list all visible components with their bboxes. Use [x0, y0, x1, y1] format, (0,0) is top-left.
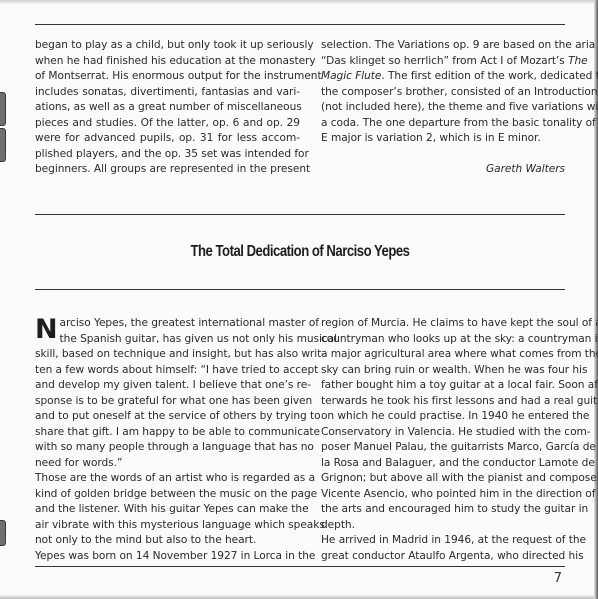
heading-bottom-rule [35, 289, 565, 290]
page-number: 7 [554, 571, 562, 586]
text-line: He arrived in Madrid in 1946, at the req… [321, 533, 565, 549]
text-line: plished players, and the op. 35 set was … [35, 147, 300, 163]
text-line: terwards he took his first lessons and h… [321, 394, 565, 410]
text-line: (not included here), the theme and five … [321, 100, 565, 116]
page-top-edge [0, 0, 598, 4]
text-line: depth. [321, 518, 565, 534]
text-line: and the listener. With his guitar Yepes … [35, 502, 300, 518]
text-line: region of Murcia. He claims to have kept… [321, 316, 565, 332]
text-line: Vicente Asencio, who pointed him in the … [321, 487, 565, 503]
text-line: sponse is to be grateful for what one ha… [35, 394, 300, 410]
text-line: began to play as a child, but only took … [35, 38, 300, 54]
text-line: the Spanish guitar, has given us not onl… [35, 332, 300, 348]
bottom-right-column: region of Murcia. He claims to have kept… [321, 316, 565, 564]
text-line: Those are the words of an artist who is … [35, 471, 300, 487]
text-line: sky can bring ruin or wealth. When he wa… [321, 363, 565, 379]
text-line: E major is variation 2, which is in E mi… [321, 131, 565, 147]
text-line: Conservatory in Valencia. He studied wit… [321, 425, 565, 441]
text-line: were for advanced pupils, op. 31 for les… [35, 131, 300, 147]
section-heading: The Total Dedication of Narciso Yepes [83, 243, 518, 261]
text-line: beginners. All groups are represented in… [35, 162, 300, 178]
text-line: and develop my given talent. I believe t… [35, 378, 300, 394]
text-line: share that gift. I am happy to be able t… [35, 425, 300, 441]
text-line: includes sonatas, divertimenti, fantasia… [35, 85, 300, 101]
text-line: on which he could practise. In 1940 he e… [321, 409, 565, 425]
text-line: a coda. The one departure from the basic… [321, 116, 565, 132]
top-rule [35, 24, 565, 25]
text-line: selection. The Variations op. 9 are base… [321, 38, 565, 54]
footer-rule [35, 566, 565, 567]
text-line: countryman who looks up at the sky: a co… [321, 332, 565, 348]
text-line: the composer’s brother, consisted of an … [321, 85, 565, 101]
text-line: Grignon; but above all with the pianist … [321, 471, 565, 487]
author-signature: Gareth Walters [321, 162, 565, 178]
top-right-column: selection. The Variations op. 9 are base… [321, 38, 565, 178]
page-bottom-edge [0, 595, 598, 599]
binder-mark-3 [0, 520, 6, 546]
text-line: a major agricultural area where what com… [321, 347, 565, 363]
text-line: kind of golden bridge between the music … [35, 487, 300, 503]
text-line: not only to the mind but also to the hea… [35, 533, 300, 549]
bottom-left-column: N arciso Yepes, the greatest internation… [35, 316, 300, 564]
heading-top-rule [35, 214, 565, 215]
binder-mark-1 [0, 92, 6, 126]
top-left-column: began to play as a child, but only took … [35, 38, 300, 178]
text-line: pieces and studies. Of the latter, op. 6… [35, 116, 300, 132]
text-line: of Montserrat. His enormous output for t… [35, 69, 300, 85]
text-line: ten a few words about himself: “I have t… [35, 363, 300, 379]
text-line: la Rosa and Balaguer, and the conductor … [321, 456, 565, 472]
text-line: need for words.” [35, 456, 300, 472]
drop-cap: N [35, 318, 58, 342]
text-line: “Das klinget so herrlich” from Act I of … [321, 54, 565, 70]
text-line: and to put oneself at the service of oth… [35, 409, 300, 425]
text-line: ations, as well as a great number of mis… [35, 100, 300, 116]
text-line: poser Manuel Palau, the guitarrists Marc… [321, 440, 565, 456]
text-line: great conductor Ataulfo Argenta, who dir… [321, 549, 565, 565]
text-line: Magic Flute. The first edition of the wo… [321, 69, 565, 85]
text-line: arciso Yepes, the greatest international… [35, 316, 300, 332]
text-line: Yepes was born on 14 November 1927 in Lo… [35, 549, 300, 565]
text-line: the arts and encouraged him to study the… [321, 502, 565, 518]
binder-mark-2 [0, 128, 6, 162]
text-line: with so many people through a language t… [35, 440, 300, 456]
text-line: air vibrate with this mysterious languag… [35, 518, 300, 534]
text-line: father bought him a toy guitar at a loca… [321, 378, 565, 394]
text-line: skill, based on technique and insight, b… [35, 347, 300, 363]
text-line: when he had finished his education at th… [35, 54, 300, 70]
